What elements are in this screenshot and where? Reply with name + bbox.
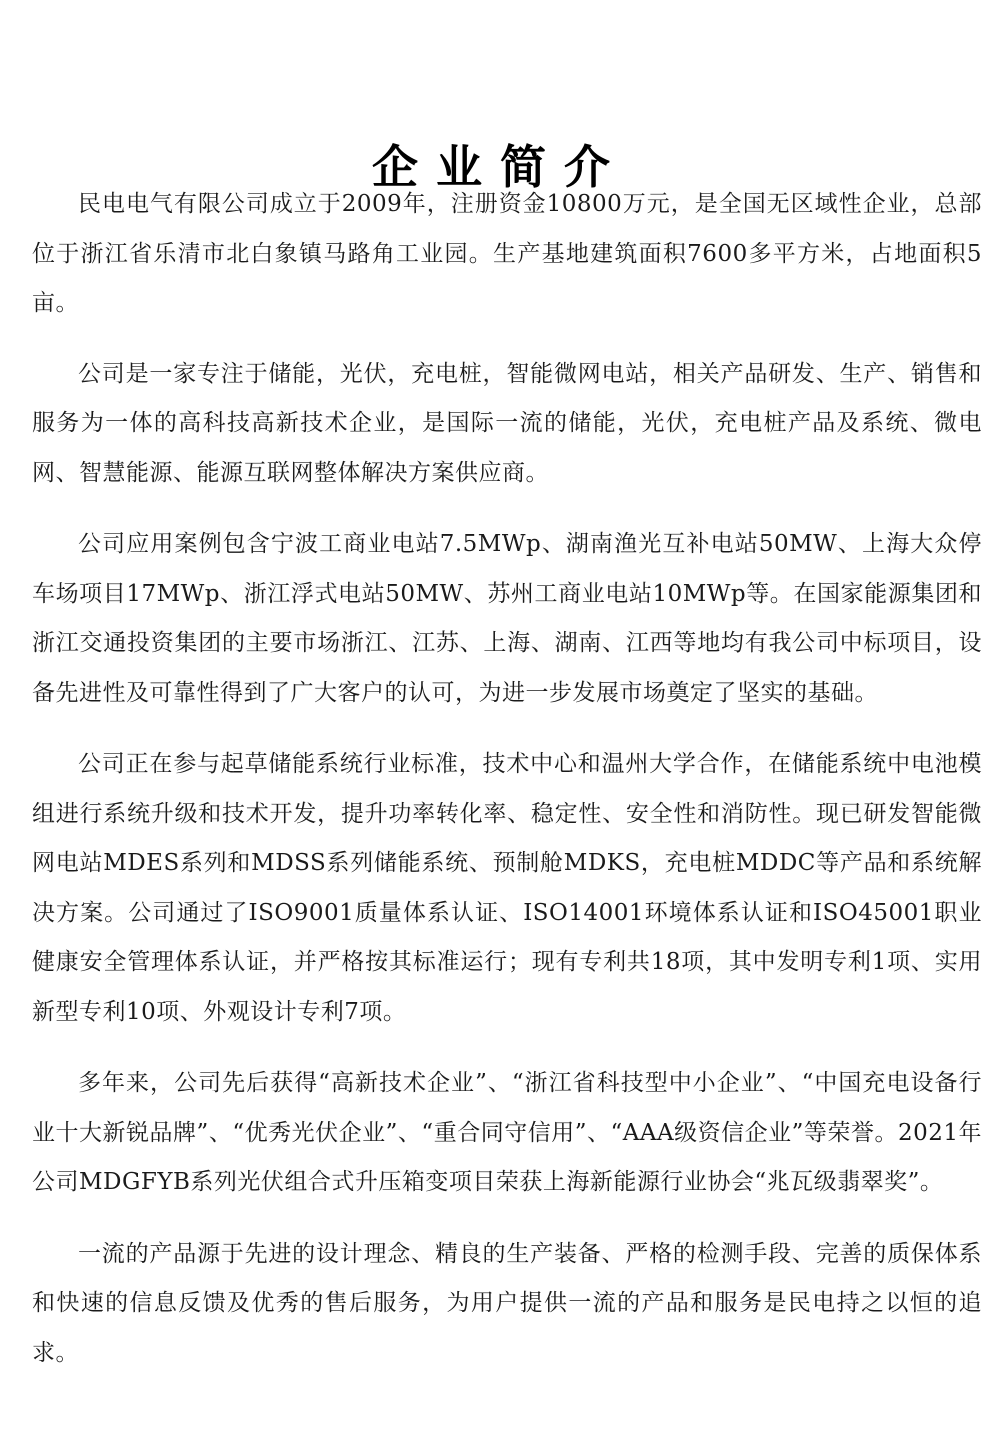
paragraph-business-scope: 公司是一家专注于储能，光伏，充电桩，智能微网电站，相关产品研发、生产、销售和服务… (32, 350, 982, 499)
paragraph-quality-commitment: 一流的产品源于先进的设计理念、精良的生产装备、严格的检测手段、完善的质保体系和快… (32, 1230, 982, 1379)
paragraph-honors: 多年来，公司先后获得“高新技术企业”、“浙江省科技型中小企业”、“中国充电设备行… (32, 1059, 982, 1208)
document-body: 民电电气有限公司成立于2009年，注册资金10800万元，是全国无区域性企业，总… (32, 180, 982, 1398)
paragraph-application-cases: 公司应用案例包含宁波工商业电站7.5MWp、湖南渔光互补电站50MW、上海大众停… (32, 520, 982, 718)
paragraph-standards-certifications: 公司正在参与起草储能系统行业标准，技术中心和温州大学合作，在储能系统中电池模组进… (32, 740, 982, 1037)
paragraph-company-overview: 民电电气有限公司成立于2009年，注册资金10800万元，是全国无区域性企业，总… (32, 180, 982, 329)
document-page: 企业简介 民电电气有限公司成立于2009年，注册资金10800万元，是全国无区域… (0, 0, 1000, 1448)
